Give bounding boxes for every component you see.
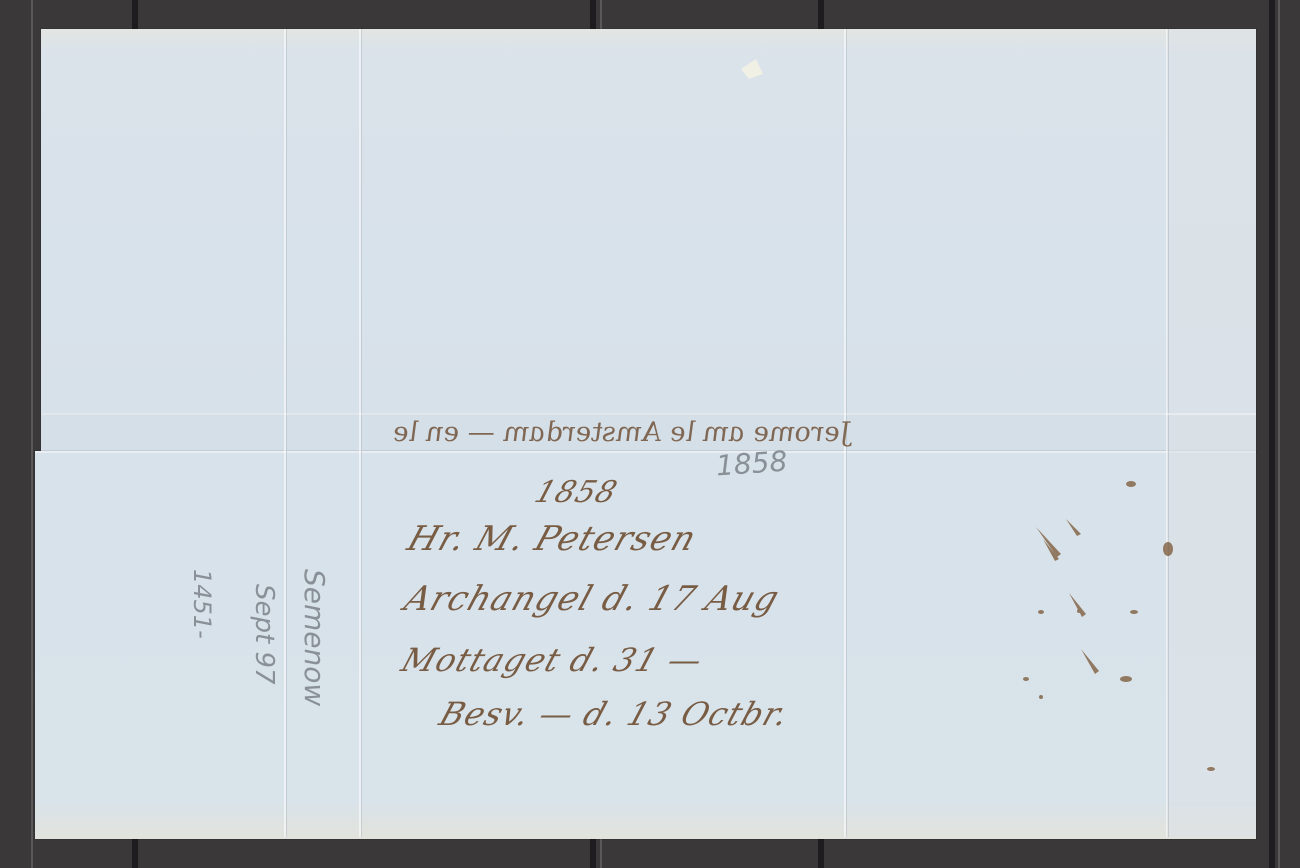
fold-line — [1166, 29, 1168, 837]
bleed-through-text: Jerome am le Amsterdam — en le — [146, 417, 856, 448]
pencil-name-note: Semenow — [298, 569, 331, 706]
pencil-date-note: Sept 97 — [249, 584, 279, 685]
stockbook-strip — [31, 0, 33, 868]
letter-right-flap — [1167, 29, 1256, 837]
docket-answered: Besv. — d. 13 Octbr. — [435, 695, 794, 733]
pencil-catalog-number: 1451- — [188, 569, 216, 639]
stockbook-strip — [1269, 0, 1275, 868]
letter-top-panel — [41, 29, 1256, 414]
fold-line — [41, 413, 1256, 415]
pencil-year-note: 1858 — [715, 445, 788, 483]
folded-letter: Jerome am le Amsterdam — en le 1858 Hr. … — [41, 29, 1256, 837]
docket-received: Mottaget d. 31 — — [397, 641, 708, 679]
docket-sender: Hr. M. Petersen — [403, 519, 702, 559]
docket-year: 1858 — [530, 475, 622, 510]
docket-sent-from: Archangel d. 17 Aug — [400, 579, 785, 619]
stockbook-strip — [1278, 0, 1280, 868]
